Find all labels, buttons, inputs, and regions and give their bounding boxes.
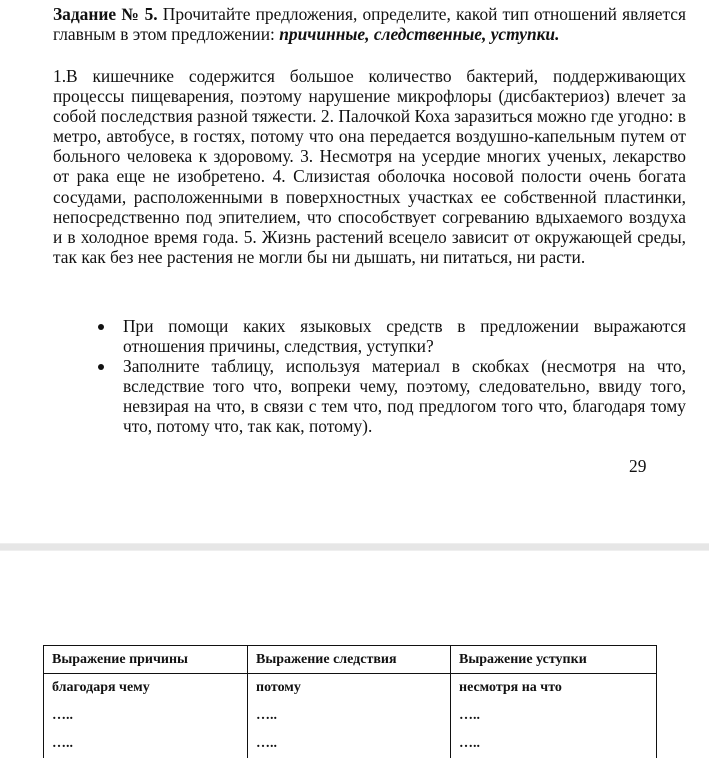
table-cell: …..: [248, 702, 451, 730]
page-number: 29: [629, 456, 646, 476]
page-divider: [0, 543, 709, 551]
bullet-icon: [98, 364, 104, 370]
header-concession: Выражение уступки: [451, 646, 657, 674]
table-row: ….. ….. …..: [44, 702, 657, 730]
header-consequence: Выражение следствия: [248, 646, 451, 674]
header-cause: Выражение причины: [44, 646, 248, 674]
table-header-row: Выражение причины Выражение следствия Вы…: [44, 646, 657, 674]
table-cell: …..: [44, 702, 248, 730]
table-cell: …..: [451, 730, 657, 758]
table-cell: благодаря чему: [44, 674, 248, 703]
question-item: При помощи каких языковых средств в пред…: [53, 316, 686, 356]
sentences-paragraph: 1.В кишечнике содержится большое количес…: [53, 66, 686, 267]
task-heading: Задание № 5. Прочитайте предложения, опр…: [53, 4, 686, 44]
answer-table: Выражение причины Выражение следствия Вы…: [43, 645, 657, 758]
question-item: Заполните таблицу, используя материал в …: [53, 356, 686, 436]
task-emphasis: причинные, следственные, уступки.: [279, 24, 559, 44]
question-list: При помощи каких языковых средств в пред…: [53, 316, 686, 437]
table-row: благодаря чему потому несмотря на что: [44, 674, 657, 703]
bullet-icon: [98, 324, 104, 330]
question-text: При помощи каких языковых средств в пред…: [123, 316, 686, 356]
question-text: Заполните таблицу, используя материал в …: [123, 356, 686, 436]
table-cell: …..: [248, 730, 451, 758]
table-row: ….. ….. …..: [44, 730, 657, 758]
task-label: Задание № 5.: [53, 4, 158, 24]
table-cell: несмотря на что: [451, 674, 657, 703]
document-page-top: Задание № 5. Прочитайте предложения, опр…: [0, 0, 709, 543]
table-cell: …..: [44, 730, 248, 758]
table-cell: …..: [451, 702, 657, 730]
table-cell: потому: [248, 674, 451, 703]
